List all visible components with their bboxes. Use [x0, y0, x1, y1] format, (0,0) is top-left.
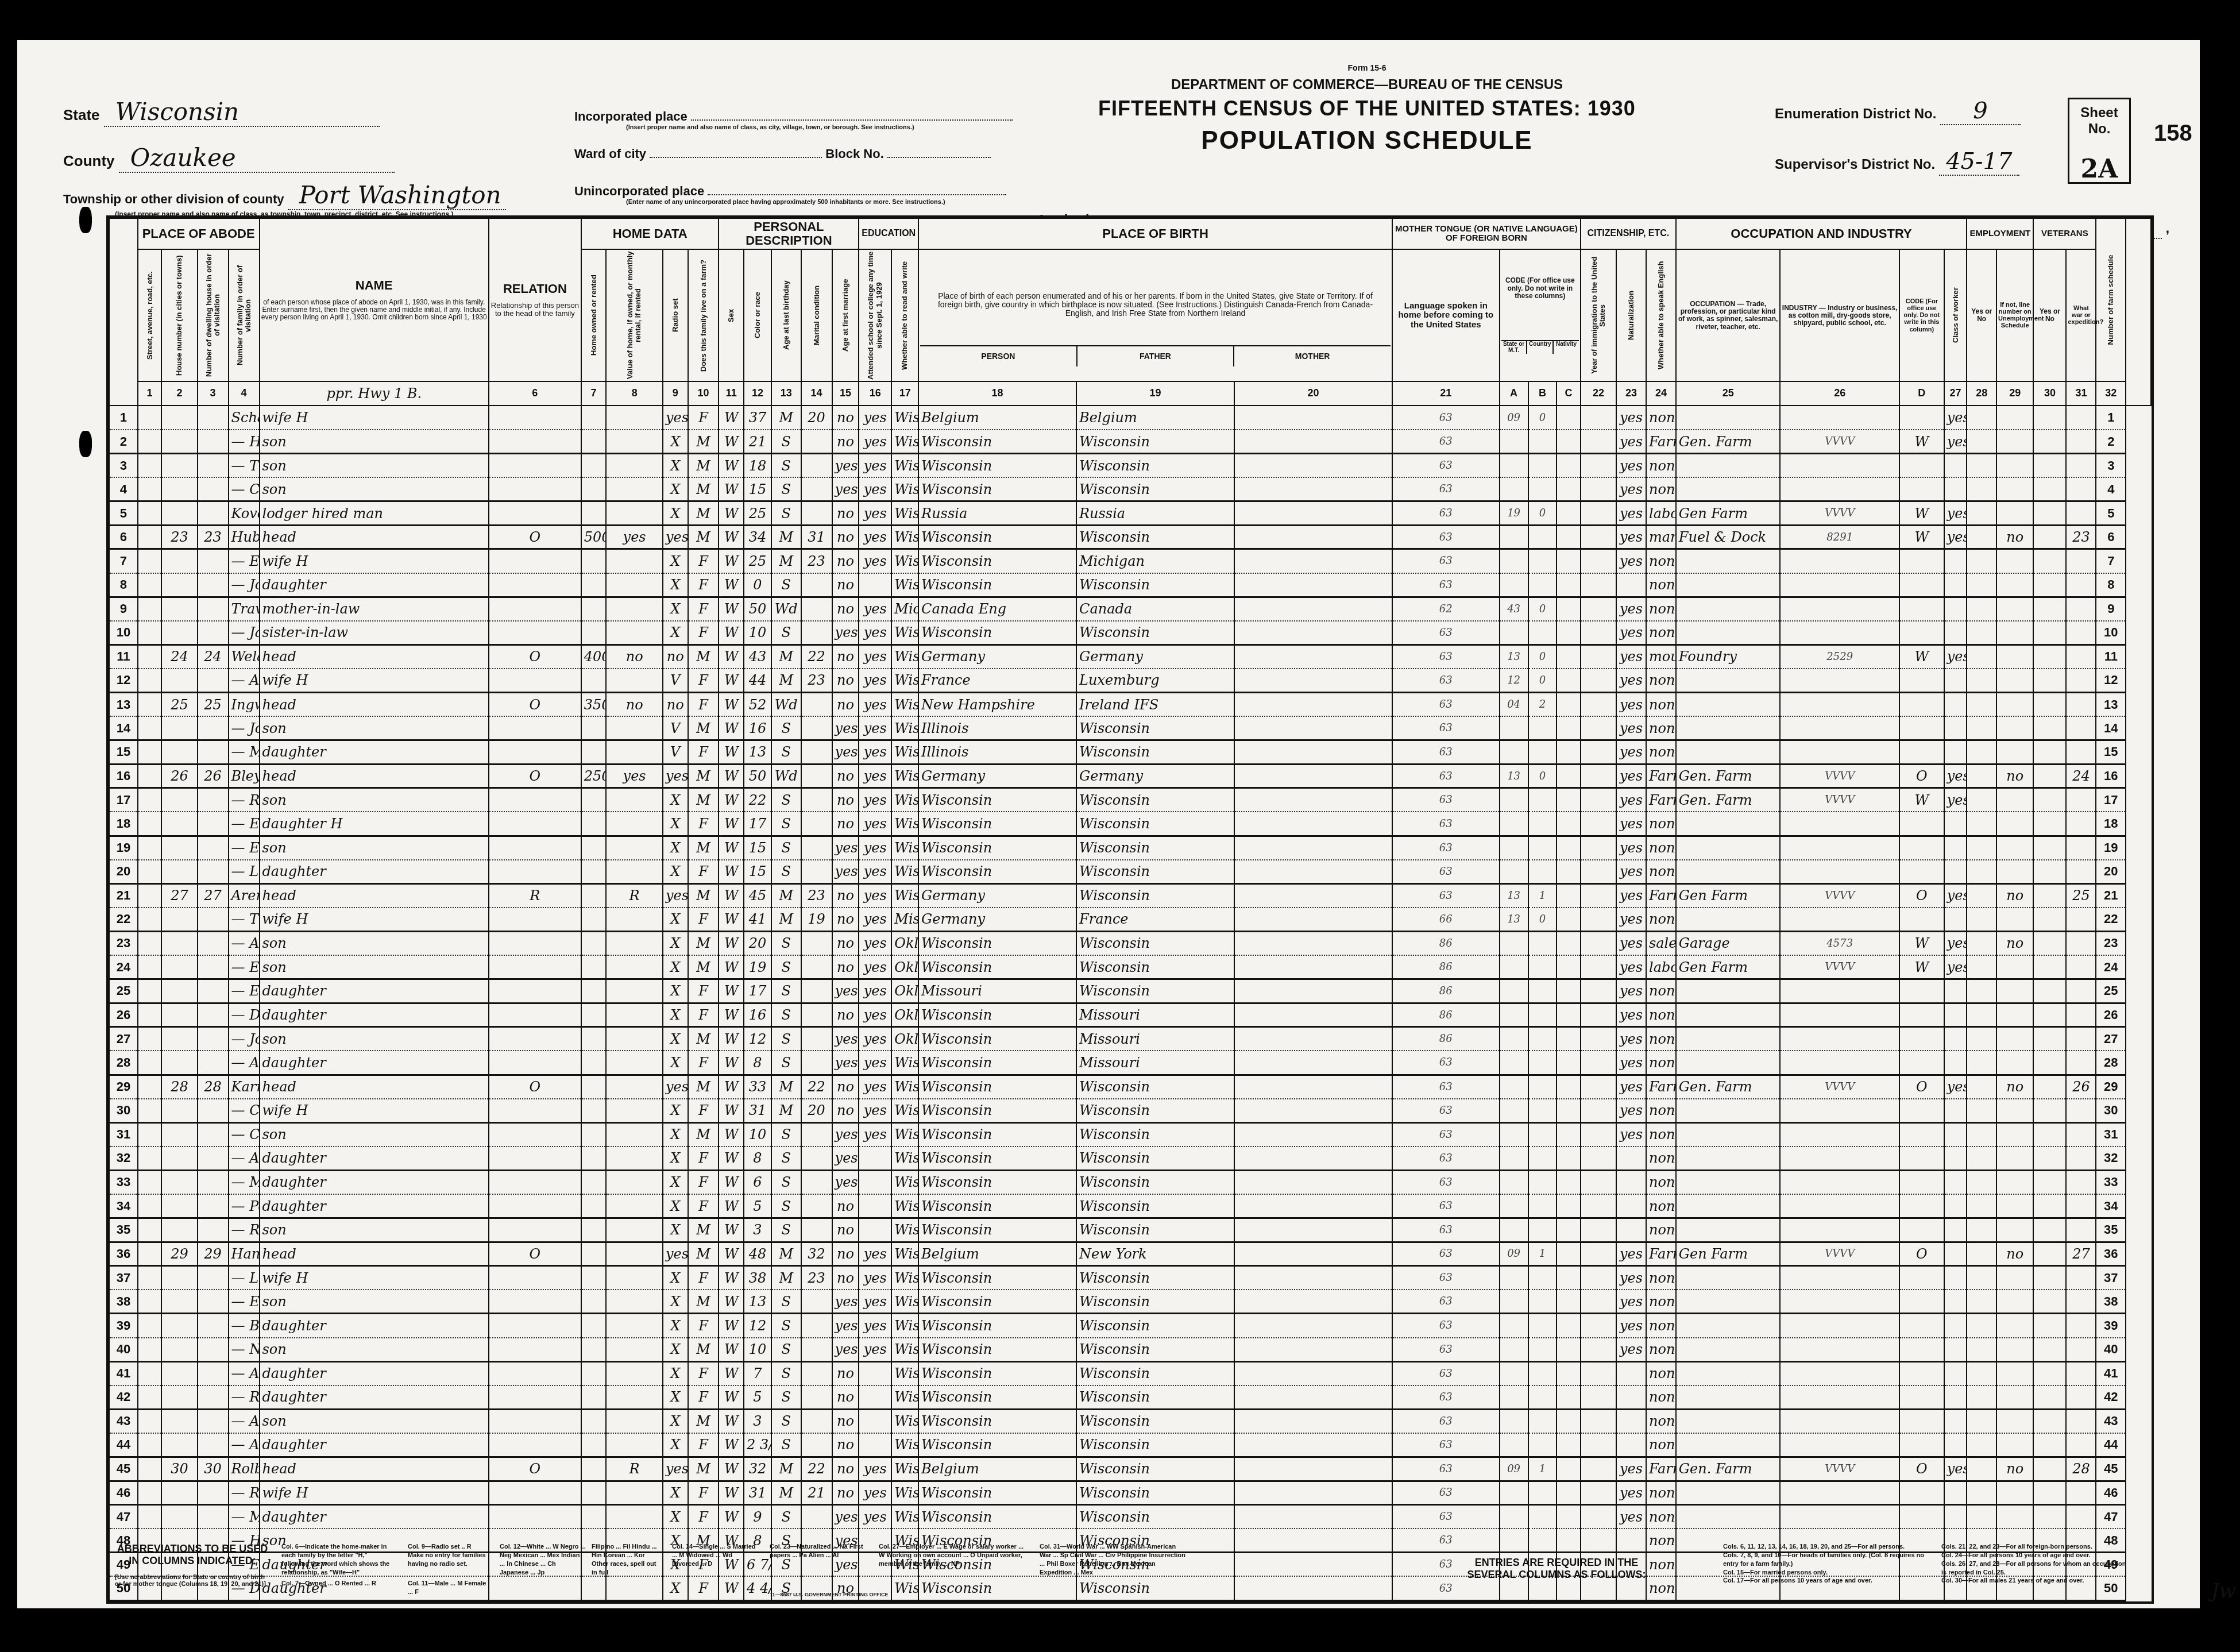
cell-sch: yes — [832, 1338, 859, 1362]
cell-own — [489, 1290, 581, 1314]
cell-mar: S — [771, 812, 801, 836]
cell-ind: Gen. Farm — [1676, 430, 1781, 454]
cell-val — [581, 908, 607, 932]
cell-vet — [1996, 669, 2033, 693]
cell-val — [581, 621, 607, 645]
cell-cA: 63 — [1392, 1481, 1500, 1505]
cell-code — [1780, 860, 1899, 884]
cell-empty — [1967, 1170, 1996, 1194]
cell-sex: F — [688, 979, 719, 1003]
cell-own — [489, 1385, 581, 1410]
cell-fam — [198, 477, 229, 501]
cell-empty — [1967, 1314, 1996, 1338]
cell-empty — [1557, 1361, 1581, 1385]
cell-sch: no — [832, 955, 859, 979]
cell-race: W — [719, 1075, 744, 1099]
cell-mbp: Wisconsin — [1076, 1481, 1234, 1505]
cell-cB — [1500, 1122, 1528, 1147]
group-relation: RELATION Relationship of this person to … — [489, 218, 581, 381]
cell-rel: wife H — [260, 1099, 489, 1123]
cell-cC — [1528, 788, 1557, 812]
cell-fam: 27 — [198, 883, 229, 908]
cell-war — [2033, 788, 2066, 812]
line-number: 35 — [109, 1218, 138, 1242]
cell-ind — [1676, 1433, 1781, 1457]
cell-radio — [606, 1266, 663, 1290]
cell-age: 5 — [744, 1385, 771, 1410]
cell-code: 8291 — [1780, 525, 1899, 549]
cell-agem — [801, 788, 832, 812]
cell-mar: M — [771, 1457, 801, 1481]
cell-sch: no — [832, 501, 859, 526]
cell-work — [1944, 1099, 1967, 1123]
cell-mar: M — [771, 669, 801, 693]
cell-empty — [1581, 597, 1616, 621]
line-number: 30 — [2096, 1099, 2126, 1123]
cell-empty — [1581, 1075, 1616, 1099]
cell-mbp: Canada — [1076, 597, 1234, 621]
cell-mbp: Luxemburg — [1076, 669, 1234, 693]
cell-age: 9 — [744, 1505, 771, 1529]
group-occupation: OCCUPATION AND INDUSTRY — [1676, 218, 1967, 249]
cell-dw — [161, 1409, 197, 1433]
cell-farm: X — [663, 1194, 688, 1218]
table-row: 3— TheodoresonXMW18SyesyesWisconsinWisco… — [109, 454, 2151, 478]
cell-bp: Wisconsin — [891, 1242, 918, 1266]
cell-work — [1944, 1481, 1967, 1505]
cell-rel: head — [260, 644, 489, 669]
cell-ind — [1676, 740, 1781, 765]
cell-eng: yes — [1616, 1481, 1646, 1505]
cell-sch: yes — [832, 477, 859, 501]
cell-cC: 2 — [1528, 693, 1557, 717]
cell-rel: son — [260, 931, 489, 955]
cell-fam — [198, 573, 229, 597]
cell-work — [1944, 1385, 1967, 1410]
cell-own: O — [489, 693, 581, 717]
cell-own — [489, 1338, 581, 1362]
cell-ind — [1676, 860, 1781, 884]
cell-own — [489, 1194, 581, 1218]
cell-cls: O — [1899, 883, 1944, 908]
cell-sex: F — [688, 597, 719, 621]
cell-sex: F — [688, 1481, 719, 1505]
cell-agem — [801, 1361, 832, 1385]
cell-eng: yes — [1616, 955, 1646, 979]
cell-mbp: Wisconsin — [1076, 931, 1234, 955]
sheet-number: 2A — [2069, 155, 2129, 184]
cell-code: VVVV — [1780, 501, 1899, 526]
cell-cC — [1528, 1075, 1557, 1099]
cell-agem: 23 — [801, 549, 832, 573]
cell-val — [581, 669, 607, 693]
line-number: 41 — [109, 1361, 138, 1385]
cell-cA: 63 — [1392, 883, 1500, 908]
cell-dw — [161, 477, 197, 501]
cell-empty — [1234, 955, 1392, 979]
cell-empty — [138, 1409, 162, 1433]
cell-race: W — [719, 1481, 744, 1505]
cell-val — [581, 549, 607, 573]
cell-mar: M — [771, 644, 801, 669]
cell-code — [1780, 1505, 1899, 1529]
cell-code — [1780, 979, 1899, 1003]
cell-empty — [1967, 836, 1996, 860]
cell-mar: M — [771, 1242, 801, 1266]
cell-race: W — [719, 1242, 744, 1266]
cell-eng: yes — [1616, 1099, 1646, 1123]
cell-mar: M — [771, 406, 801, 430]
cell-fam — [198, 1505, 229, 1529]
cell-own — [489, 1266, 581, 1290]
cell-work — [1944, 597, 1967, 621]
cell-read: yes — [859, 1481, 891, 1505]
cell-empty — [138, 788, 162, 812]
cell-fbp: Wisconsin — [918, 430, 1076, 454]
cell-mar: S — [771, 836, 801, 860]
line-number: 41 — [2096, 1361, 2126, 1385]
table-row: 10— Janesister-in-lawXFW10SyesyesWiscons… — [109, 621, 2151, 645]
cell-cC — [1528, 1099, 1557, 1123]
cell-mbp: Wisconsin — [1076, 836, 1234, 860]
cell-cls: W — [1899, 501, 1944, 526]
cell-empty — [1557, 549, 1581, 573]
cell-ind — [1676, 573, 1781, 597]
cell-sex: F — [688, 1385, 719, 1410]
cell-name: — Evelyn — [229, 549, 260, 573]
table-row: 292828Karrels CharlesheadOyesMW33M22noye… — [109, 1075, 2151, 1099]
cell-empty — [1557, 955, 1581, 979]
cell-fbp: Illinois — [918, 740, 1076, 765]
cell-cC: 0 — [1528, 669, 1557, 693]
cell-ind: Gen Farm — [1676, 501, 1781, 526]
cell-code: VVVV — [1780, 1075, 1899, 1099]
cell-mbp: Germany — [1076, 764, 1234, 788]
cell-bp: Wisconsin — [891, 669, 918, 693]
line-number: 4 — [2096, 477, 2126, 501]
cell-rel: wife H — [260, 908, 489, 932]
cell-rel: daughter H — [260, 812, 489, 836]
cell-empty — [1581, 1481, 1616, 1505]
cell-empty — [1557, 716, 1581, 740]
cell-name: Ingwell Jane — [229, 693, 260, 717]
cell-mar: S — [771, 1338, 801, 1362]
cell-rel: daughter — [260, 1003, 489, 1027]
column-number: 8 — [606, 381, 663, 406]
cell-occ: none — [1646, 1122, 1676, 1147]
cell-vet — [1996, 860, 2033, 884]
cell-agem — [801, 764, 832, 788]
cell-war — [2033, 454, 2066, 478]
cell-sch: no — [832, 1075, 859, 1099]
cell-cC — [1528, 1433, 1557, 1457]
cell-sch: no — [832, 573, 859, 597]
cell-sch: yes — [832, 1122, 859, 1147]
cell-mbp: Wisconsin — [1076, 1314, 1234, 1338]
cell-war — [2033, 1361, 2066, 1385]
cell-cls — [1899, 1266, 1944, 1290]
cell-cC: 0 — [1528, 908, 1557, 932]
cell-war — [2033, 860, 2066, 884]
cell-name: Rolbach George — [229, 1457, 260, 1481]
cell-read: yes — [859, 883, 891, 908]
table-row: 28— AlverdadaughterXFW8SyesyesWisconsinW… — [109, 1051, 2151, 1075]
cell-farm: X — [663, 597, 688, 621]
cell-empty — [1967, 1051, 1996, 1075]
cell-fbp: Wisconsin — [918, 1481, 1076, 1505]
cell-vet — [1996, 406, 2033, 430]
group-employment: EMPLOYMENT — [1967, 218, 2033, 249]
cell-farm: X — [663, 1099, 688, 1123]
cell-sch: no — [832, 764, 859, 788]
cell-dw: 27 — [161, 883, 197, 908]
cell-empty — [1234, 525, 1392, 549]
cell-mbp: Wisconsin — [1076, 1075, 1234, 1099]
cell-read: yes — [859, 764, 891, 788]
cell-empty — [1234, 716, 1392, 740]
cell-code — [1780, 1290, 1899, 1314]
cell-mar: S — [771, 931, 801, 955]
cell-fbp: France — [918, 669, 1076, 693]
cell-dw: 23 — [161, 525, 197, 549]
cell-fam — [198, 1122, 229, 1147]
cell-bp: Wisconsin — [891, 406, 918, 430]
cell-own — [489, 1218, 581, 1242]
cell-empty — [1967, 477, 1996, 501]
cell-work — [1944, 1409, 1967, 1433]
cell-empty — [1234, 908, 1392, 932]
cell-sch: no — [832, 644, 859, 669]
cell-radio — [606, 1218, 663, 1242]
cell-mar: M — [771, 883, 801, 908]
cell-empty — [1581, 454, 1616, 478]
cell-cC: 0 — [1528, 501, 1557, 526]
cell-eng: yes — [1616, 1051, 1646, 1075]
cell-bp: Wisconsin — [891, 1170, 918, 1194]
cell-cB — [1500, 1075, 1528, 1099]
cell-farm: X — [663, 621, 688, 645]
cell-fbp: Wisconsin — [918, 788, 1076, 812]
cell-ind — [1676, 1051, 1781, 1075]
cell-agem: 31 — [801, 525, 832, 549]
cell-race: W — [719, 525, 744, 549]
cell-mbp: Belgium — [1076, 406, 1234, 430]
line-number: 32 — [109, 1147, 138, 1171]
cell-cB — [1500, 1361, 1528, 1385]
cell-bp: Wisconsin — [891, 1433, 918, 1457]
cell-empty — [138, 1051, 162, 1075]
cell-radio: yes — [606, 525, 663, 549]
cell-read: yes — [859, 1075, 891, 1099]
cell-cB — [1500, 1290, 1528, 1314]
cell-empty — [1557, 501, 1581, 526]
cell-mar: S — [771, 1505, 801, 1529]
cell-mar: S — [771, 955, 801, 979]
cell-mar: S — [771, 1361, 801, 1385]
line-number: 2 — [109, 430, 138, 454]
line-number: 16 — [2096, 764, 2126, 788]
cell-empty — [1234, 693, 1392, 717]
column-number: 16 — [859, 381, 891, 406]
column-number: 32 — [2096, 381, 2126, 406]
cell-mar: M — [771, 549, 801, 573]
cell-val — [581, 454, 607, 478]
column-number: 18 — [918, 381, 1076, 406]
cell-mar: S — [771, 1051, 801, 1075]
cell-rel: head — [260, 883, 489, 908]
cell-sex: F — [688, 1314, 719, 1338]
column-number: 25 — [1676, 381, 1781, 406]
cell-name: — Herman — [229, 430, 260, 454]
cell-sch: yes — [832, 716, 859, 740]
cell-radio — [606, 1122, 663, 1147]
cell-val — [581, 1147, 607, 1171]
line-number: 42 — [2096, 1385, 2126, 1410]
cell-war — [2033, 764, 2066, 788]
cell-radio — [606, 406, 663, 430]
cell-read: yes — [859, 477, 891, 501]
cell-cls — [1899, 1361, 1944, 1385]
cell-war — [2033, 644, 2066, 669]
cell-war — [2033, 693, 2066, 717]
cell-ind — [1676, 908, 1781, 932]
cell-fam — [198, 1314, 229, 1338]
cell-read — [859, 1194, 891, 1218]
cell-sch: no — [832, 788, 859, 812]
cell-val — [581, 477, 607, 501]
cell-fam — [198, 1290, 229, 1314]
line-number: 27 — [109, 1027, 138, 1051]
cell-code — [1780, 1361, 1899, 1385]
cell-dw — [161, 979, 197, 1003]
cell-mar: S — [771, 501, 801, 526]
cell-fbp: Wisconsin — [918, 1170, 1076, 1194]
cell-cls — [1899, 812, 1944, 836]
cell-work: yes — [1944, 883, 1967, 908]
cell-fam — [198, 1027, 229, 1051]
cell-fam — [198, 955, 229, 979]
cell-bp: Missouri — [891, 908, 918, 932]
cell-farmno — [2066, 1338, 2096, 1362]
cell-vet — [1996, 740, 2033, 765]
cell-cA: 63 — [1392, 1409, 1500, 1433]
cell-age: 17 — [744, 812, 771, 836]
cell-occ: none — [1646, 549, 1676, 573]
cell-cB — [1500, 716, 1528, 740]
cell-occ: none — [1646, 573, 1676, 597]
cell-rel: son — [260, 454, 489, 478]
cell-read: yes — [859, 979, 891, 1003]
cell-radio — [606, 1433, 663, 1457]
cell-radio — [606, 549, 663, 573]
cell-fbp: Russia — [918, 501, 1076, 526]
cell-empty — [1581, 1003, 1616, 1027]
cell-vet — [1996, 1290, 2033, 1314]
cell-fam — [198, 1099, 229, 1123]
supervisor-district: Supervisor's District No. 45-17 — [1775, 148, 2021, 176]
cell-val — [581, 430, 607, 454]
cell-fam — [198, 597, 229, 621]
cell-dw — [161, 1147, 197, 1171]
cell-empty — [1557, 740, 1581, 765]
line-number: 14 — [2096, 716, 2126, 740]
cell-fbp: Wisconsin — [918, 1147, 1076, 1171]
cell-cls — [1899, 549, 1944, 573]
table-row: 27— John LeesonXMW12SyesyesOklahomaWisco… — [109, 1027, 2151, 1051]
cell-empty — [1234, 1122, 1392, 1147]
cell-rel: son — [260, 1290, 489, 1314]
cell-vet — [1996, 1027, 2033, 1051]
cell-mar: S — [771, 1122, 801, 1147]
cell-name: — Mary — [229, 1170, 260, 1194]
cell-val — [581, 1481, 607, 1505]
cell-race: W — [719, 1266, 744, 1290]
cell-cA: 63 — [1392, 1433, 1500, 1457]
cell-empty — [1581, 1409, 1616, 1433]
cell-eng: yes — [1616, 549, 1646, 573]
cell-val — [581, 1122, 607, 1147]
cell-cC — [1528, 1338, 1557, 1362]
cell-war — [2033, 716, 2066, 740]
cell-rel: daughter — [260, 1194, 489, 1218]
cell-fam — [198, 1433, 229, 1457]
cell-dw — [161, 1361, 197, 1385]
cell-empty — [1557, 1457, 1581, 1481]
cell-empty — [1557, 883, 1581, 908]
table-row: 112424Weland JohnheadO4000nonoMW43M22noy… — [109, 644, 2151, 669]
cell-cC — [1528, 1385, 1557, 1410]
column-number: B — [1528, 381, 1557, 406]
cell-agem: 22 — [801, 1075, 832, 1099]
cell-own — [489, 573, 581, 597]
line-number: 24 — [2096, 955, 2126, 979]
cell-radio — [606, 1170, 663, 1194]
cell-farmno — [2066, 716, 2096, 740]
cell-empty — [1581, 501, 1616, 526]
cell-bp: Wisconsin — [891, 716, 918, 740]
cell-empty — [1234, 430, 1392, 454]
cell-empty — [138, 693, 162, 717]
cell-vet — [1996, 1409, 2033, 1433]
cell-rel: head — [260, 1242, 489, 1266]
cell-age: 2 3/12 — [744, 1433, 771, 1457]
cell-race: W — [719, 1385, 744, 1410]
table-row: 30— Clarawife HXFW31M20noyesWisconsinWis… — [109, 1099, 2151, 1123]
cell-sch: no — [832, 1481, 859, 1505]
cell-sex: F — [688, 1433, 719, 1457]
cell-val — [581, 1218, 607, 1242]
cell-farm: X — [663, 836, 688, 860]
cell-cC — [1528, 621, 1557, 645]
cell-cls: O — [1899, 1075, 1944, 1099]
cell-occ: none — [1646, 860, 1676, 884]
cell-fbp: Canada Eng — [918, 597, 1076, 621]
line-number: 32 — [2096, 1147, 2126, 1171]
cell-mbp: Wisconsin — [1076, 1505, 1234, 1529]
group-personal-description: PERSONAL DESCRIPTION — [719, 218, 859, 249]
cell-sex: M — [688, 955, 719, 979]
cell-cA: 63 — [1392, 406, 1500, 430]
cell-sch: no — [832, 1218, 859, 1242]
cell-war — [2033, 549, 2066, 573]
cell-fbp: Belgium — [918, 1242, 1076, 1266]
line-number: 27 — [2096, 1027, 2126, 1051]
cell-eng — [1616, 1170, 1646, 1194]
cell-radio: no — [606, 644, 663, 669]
cell-dw — [161, 1027, 197, 1051]
cell-vet: no — [1996, 525, 2033, 549]
cell-work: yes — [1944, 644, 1967, 669]
